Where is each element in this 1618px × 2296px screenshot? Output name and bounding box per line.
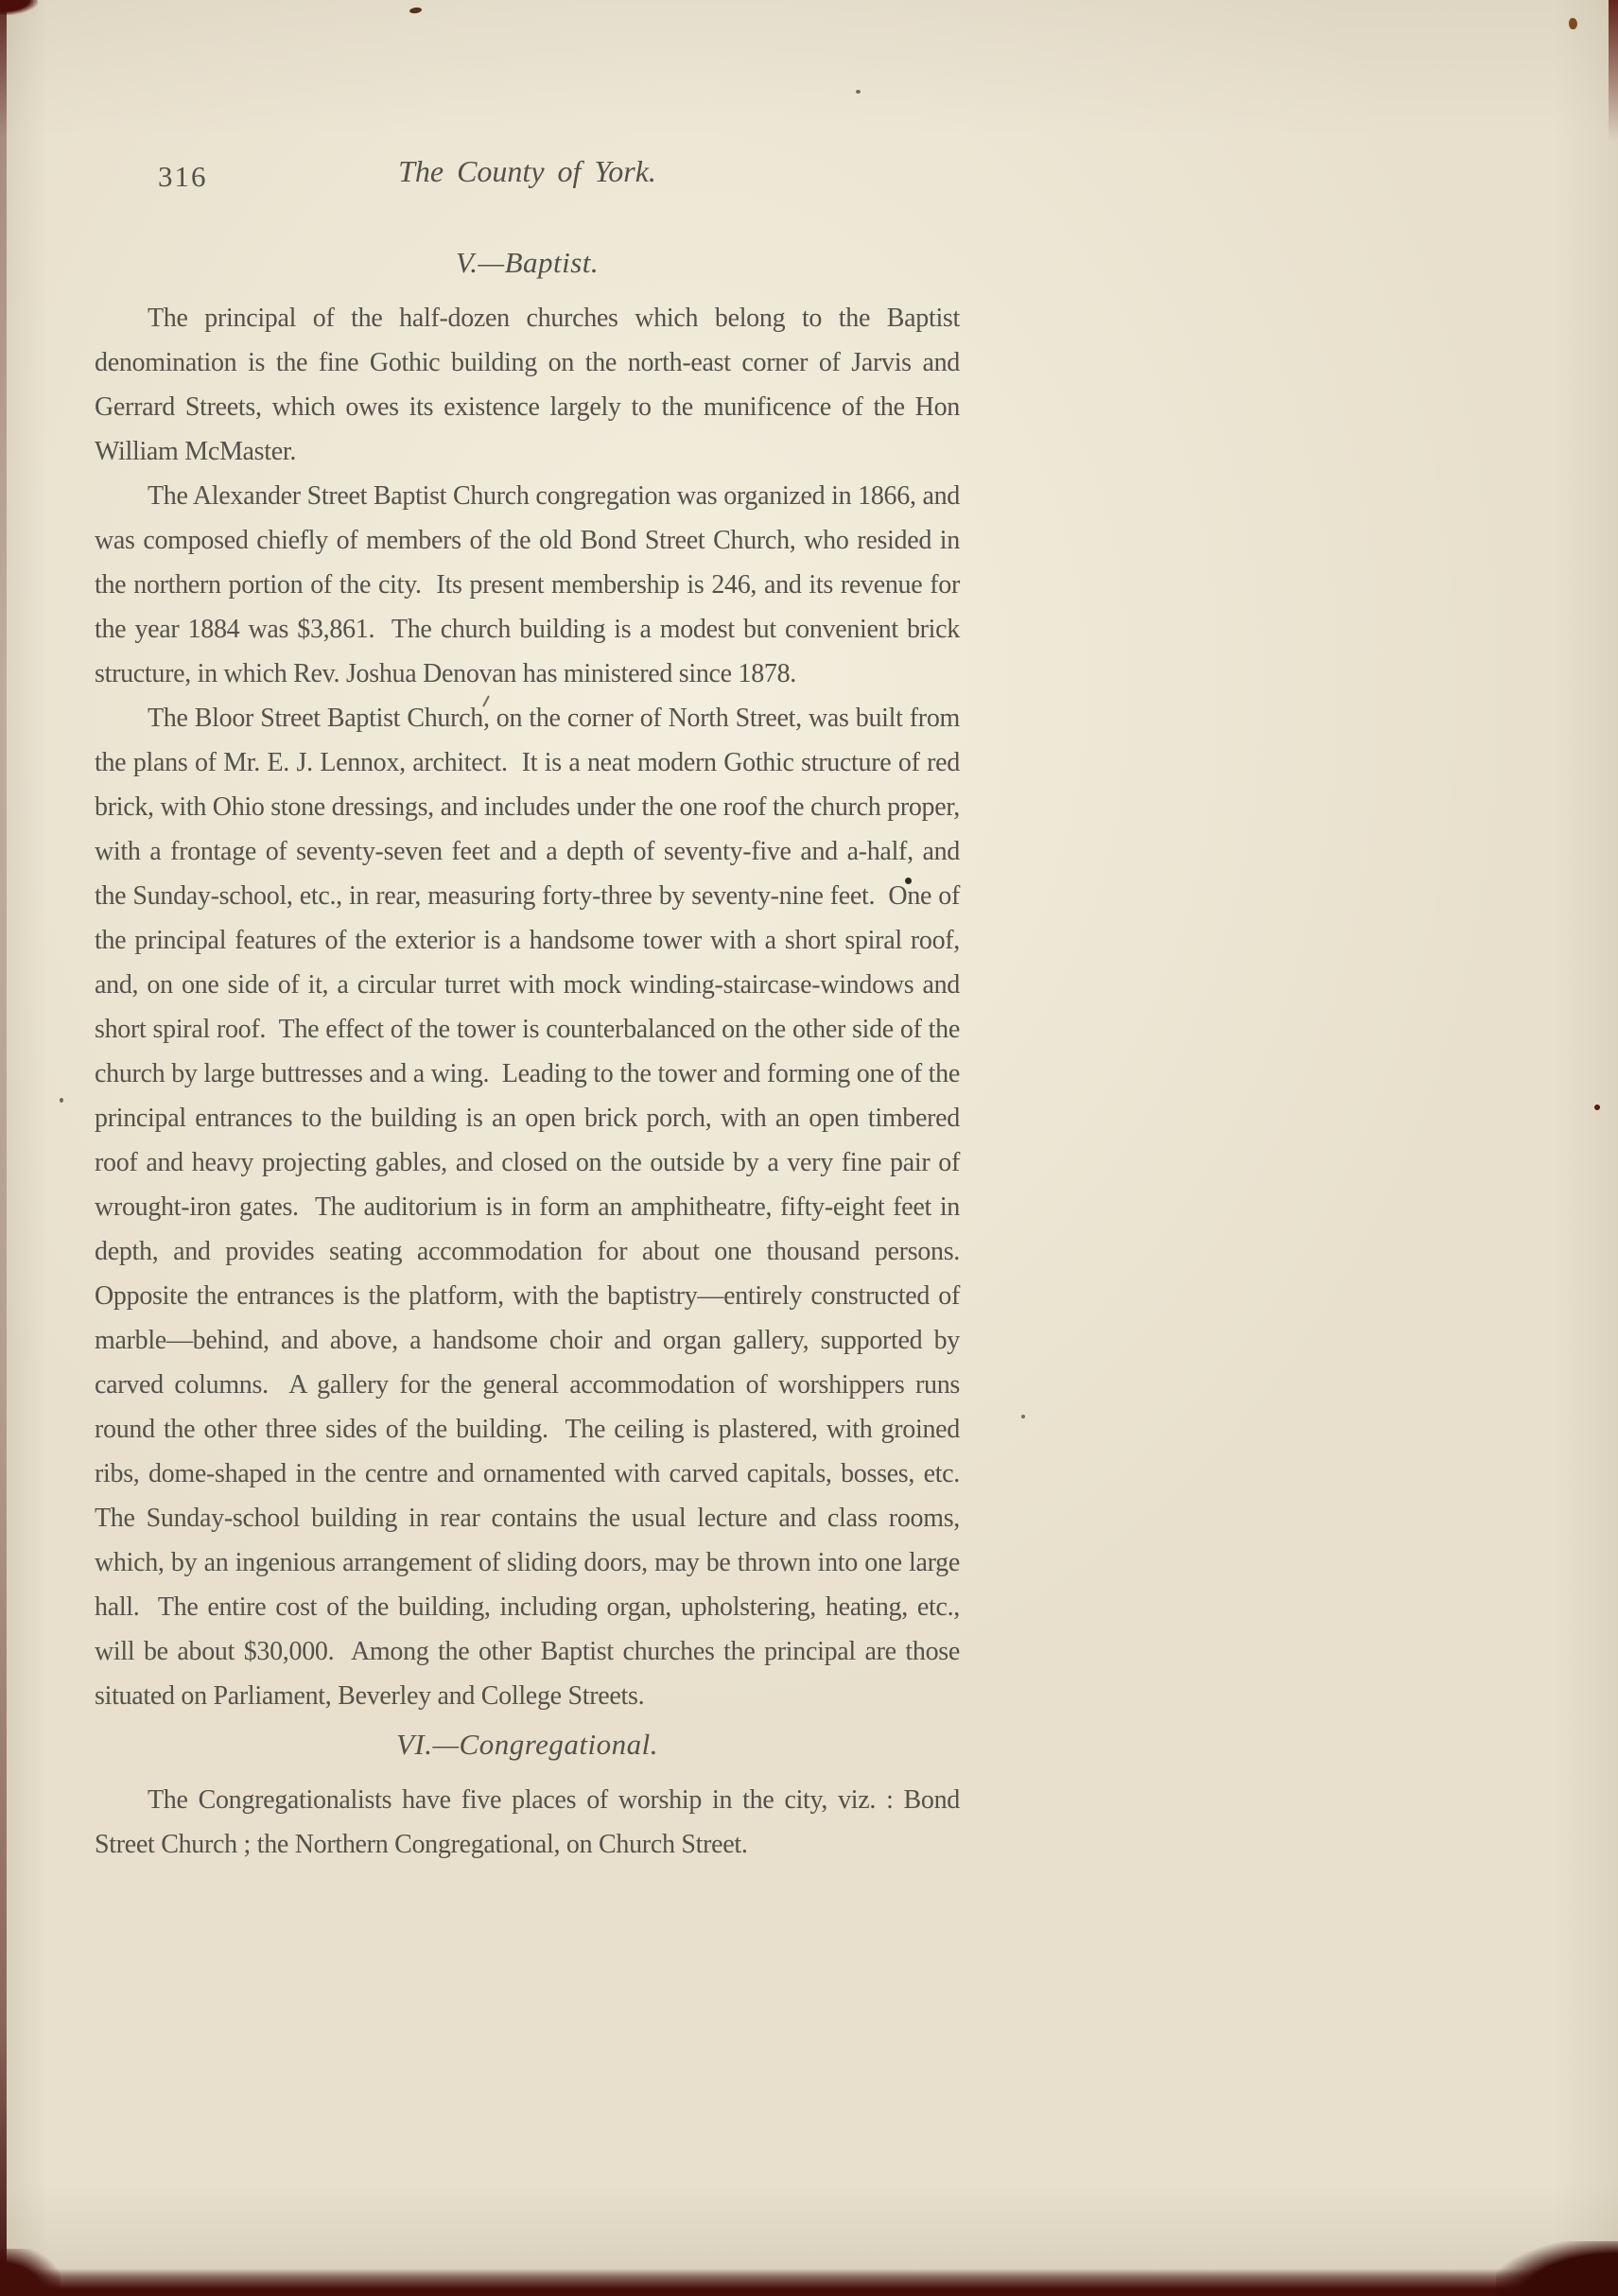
page-body: V.—Baptist.The principal of the half-doz… xyxy=(95,236,960,1867)
paragraph: The Bloor Street Baptist Church, on the … xyxy=(95,696,960,1718)
binding-edge-bottom-right xyxy=(1496,2241,1618,2296)
section-heading: V.—Baptist. xyxy=(95,240,960,285)
ink-speck xyxy=(1021,1415,1025,1418)
foxing-spot xyxy=(1569,18,1577,29)
running-head: The County of York. xyxy=(95,154,960,189)
ink-speck xyxy=(409,7,423,14)
section-heading: VI.—Congregational. xyxy=(95,1722,960,1766)
page-header: 316 The County of York. xyxy=(0,154,1618,200)
ink-speck xyxy=(60,1098,63,1103)
binding-edge-bottom xyxy=(0,2269,1618,2296)
paragraph: The Congregationalists have five places … xyxy=(95,1778,960,1867)
binding-edge-top-left xyxy=(0,0,38,15)
binding-edge-bottom-left xyxy=(0,2249,61,2296)
paragraph: The principal of the half-dozen churches… xyxy=(95,296,960,474)
binding-edge-left xyxy=(0,0,7,2296)
scanned-book-page: { "colors": { "paper": "#e8e0cc", "ink":… xyxy=(0,0,1618,2296)
ink-speck xyxy=(1594,1105,1600,1110)
paragraph: The Alexander Street Baptist Church cong… xyxy=(95,474,960,696)
binding-edge-right-top xyxy=(1609,0,1618,142)
ink-speck xyxy=(856,90,861,94)
